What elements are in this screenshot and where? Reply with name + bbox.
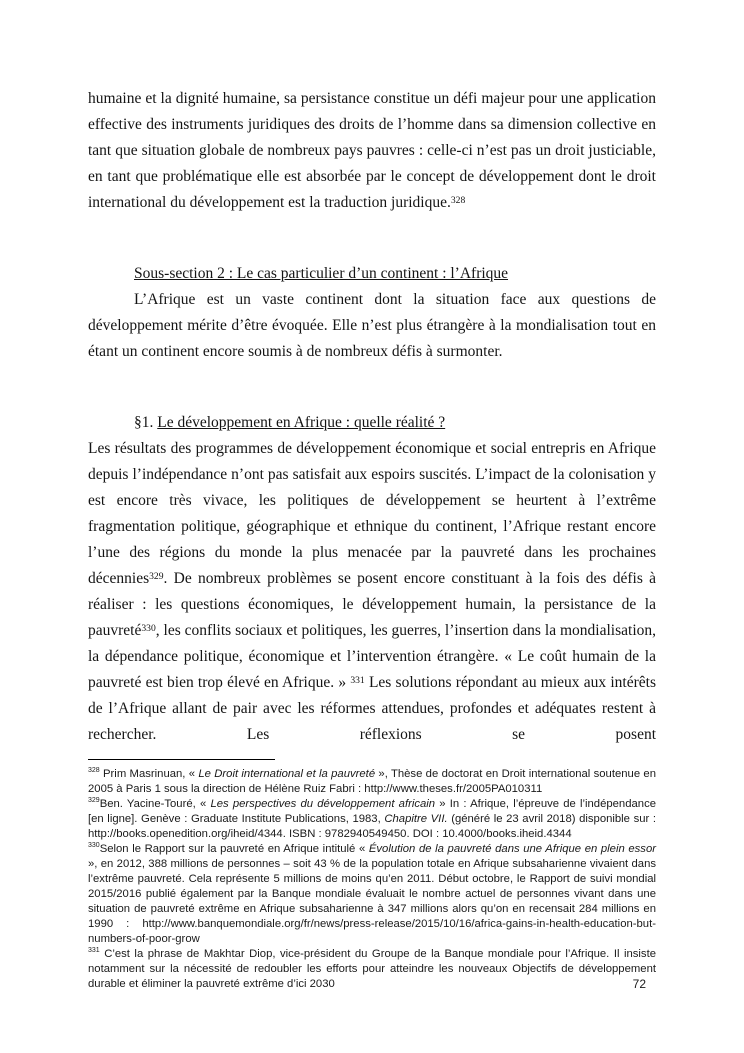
paragraph: L’Afrique est un vaste continent dont la… — [88, 287, 656, 365]
footnote-ref-328: 328 — [451, 195, 465, 206]
footnote-ref-329: 329 — [149, 571, 163, 582]
footnote-number: 329 — [88, 797, 100, 804]
sub-section-heading-text: Le développement en Afrique : quelle réa… — [157, 414, 445, 431]
document-page: humaine et la dignité humaine, sa persis… — [0, 0, 744, 1053]
footnotes-block: 328 Prim Masrinuan, « Le Droit internati… — [88, 767, 656, 992]
footnote-ref-330: 330 — [141, 623, 155, 634]
footnote-331: 331 C’est la phrase de Makhtar Diop, vic… — [88, 947, 656, 992]
footnote-title-italic: Chapitre VII. — [384, 813, 447, 825]
footnote-330: 330Selon le Rapport sur la pauvreté en A… — [88, 842, 656, 947]
footnote-329: 329Ben. Yacine-Touré, « Les perspectives… — [88, 797, 656, 842]
footnote-ref-331: 331 — [350, 675, 364, 686]
footnote-text: Ben. Yacine-Touré, « — [100, 798, 211, 810]
footnote-number: 328 — [88, 767, 100, 774]
footnote-text: C’est la phrase de Makhtar Diop, vice-pr… — [88, 948, 656, 990]
section-heading: Sous-section 2 : Le cas particulier d’un… — [88, 261, 656, 287]
paragraph-text: humaine et la dignité humaine, sa persis… — [88, 90, 656, 211]
footnote-number: 331 — [88, 947, 100, 954]
footnote-text: Prim Masrinuan, « — [100, 768, 199, 780]
section-heading-text: Sous-section 2 : Le cas particulier d’un… — [134, 265, 508, 282]
footnote-328: 328 Prim Masrinuan, « Le Droit internati… — [88, 767, 656, 797]
sub-section-heading: §1. Le développement en Afrique : quelle… — [88, 410, 656, 436]
footnote-number: 330 — [88, 842, 100, 849]
page-number: 72 — [633, 977, 646, 991]
footnote-title-italic: Évolution de la pauvreté dans une Afriqu… — [369, 843, 656, 855]
sub-section-prefix: §1. — [134, 414, 157, 431]
body-text: humaine et la dignité humaine, sa persis… — [88, 86, 656, 748]
paragraph-continuation: humaine et la dignité humaine, sa persis… — [88, 86, 656, 216]
footnote-title-italic: Le Droit international et la pauvreté — [198, 768, 375, 780]
paragraph: Les résultats des programmes de développ… — [88, 436, 656, 748]
footnote-text: », en 2012, 388 millions de personnes – … — [88, 858, 656, 945]
footnote-text: Selon le Rapport sur la pauvreté en Afri… — [100, 843, 369, 855]
footnote-title-italic: Les perspectives du développement africa… — [210, 798, 435, 810]
footnote-separator — [88, 759, 275, 760]
paragraph-text: Les résultats des programmes de développ… — [88, 440, 656, 587]
